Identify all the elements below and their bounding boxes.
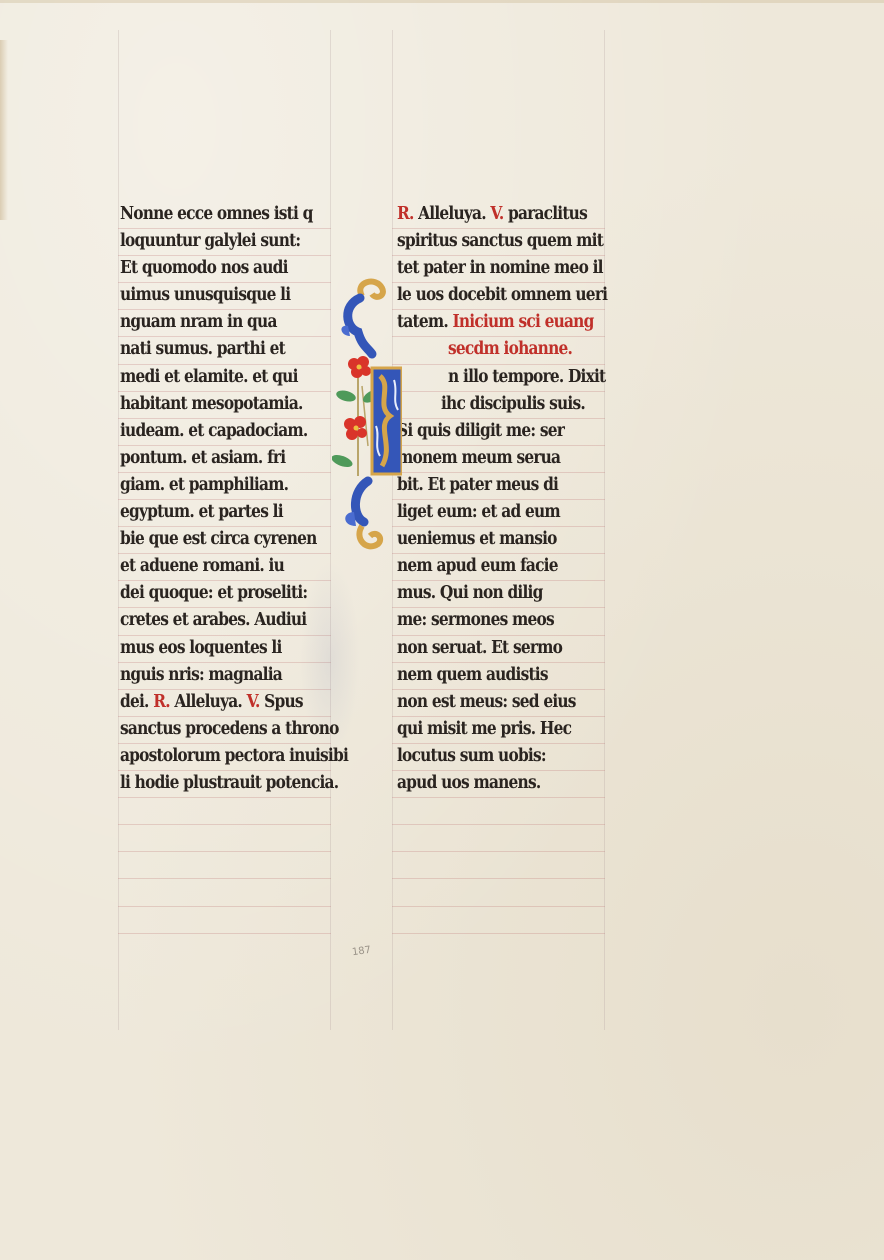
text-segment: bie que est circa cyrenen: [120, 529, 317, 549]
ruling-line-horizontal: [118, 933, 331, 934]
ruling-line-horizontal: [118, 851, 331, 852]
text-line: pontum. et asiam. fri: [120, 445, 309, 472]
text-segment: locutus sum uobis:: [397, 746, 546, 766]
text-line: egyptum. et partes li: [120, 499, 309, 526]
text-line: apostolorum pectora inuisibi: [120, 743, 309, 770]
text-line: cretes et arabes. Audiui: [120, 607, 309, 634]
ruling-line-horizontal: [392, 851, 605, 852]
text-line: nem quem audistis: [397, 662, 591, 689]
text-segment: mus eos loquentes li: [120, 638, 282, 658]
text-column-right: R. Alleluya. V. paraclitusspiritus sanct…: [397, 201, 617, 797]
text-line: tet pater in nomine meo il: [397, 255, 591, 282]
text-line: monem meum serua: [397, 445, 591, 472]
text-segment: liget eum: et ad eum: [397, 502, 560, 522]
text-line: qui misit me pris. Hec: [397, 716, 591, 743]
text-segment: paraclitus: [503, 204, 587, 224]
text-segment: bit. Et pater meus di: [397, 475, 558, 495]
text-segment: apud uos manens.: [397, 773, 540, 793]
text-segment: Alleluya.: [170, 692, 247, 712]
text-line: apud uos manens.: [397, 770, 591, 797]
text-segment: ueniemus et mansio: [397, 529, 557, 549]
rubric-text: R.: [397, 204, 414, 224]
text-line: R. Alleluya. V. paraclitus: [397, 201, 591, 228]
folio-number: 187: [351, 945, 371, 959]
text-segment: li hodie plustrauit potencia.: [120, 773, 338, 793]
text-segment: tet pater in nomine meo il: [397, 258, 603, 278]
rubric-text: R.: [153, 692, 170, 712]
text-segment: egyptum. et partes li: [120, 502, 283, 522]
text-segment: medi et elamite. et qui: [120, 367, 298, 387]
text-segment: sanctus procedens a throno: [120, 719, 339, 739]
ruling-line-horizontal: [392, 906, 605, 907]
manuscript-page: Nonne ecce omnes isti qloquuntur galylei…: [0, 0, 884, 1260]
text-segment: pontum. et asiam. fri: [120, 448, 285, 468]
text-line: nati sumus. parthi et: [120, 336, 309, 363]
text-segment: et aduene romani. iu: [120, 556, 284, 576]
text-segment: dei.: [120, 692, 153, 712]
text-segment: Et quomodo nos audi: [120, 258, 288, 278]
text-segment: ihc discipulis suis.: [441, 394, 585, 414]
text-line: me: sermones meos: [397, 607, 591, 634]
ruling-line-horizontal: [118, 906, 331, 907]
text-segment: loquuntur galylei sunt:: [120, 231, 300, 251]
ruling-line-horizontal: [392, 824, 605, 825]
text-segment: cretes et arabes. Audiui: [120, 610, 306, 630]
text-segment: mus. Qui non dilig: [397, 583, 543, 603]
text-segment: nguam nram in qua: [120, 312, 277, 332]
text-segment: non est meus: sed eius: [397, 692, 576, 712]
text-line: locutus sum uobis:: [397, 743, 591, 770]
text-line: Nonne ecce omnes isti q: [120, 201, 309, 228]
text-segment: dei quoque: et proseliti:: [120, 583, 307, 603]
text-line: ueniemus et mansio: [397, 526, 591, 553]
text-line: non est meus: sed eius: [397, 689, 591, 716]
text-segment: uimus unusquisque li: [120, 285, 290, 305]
text-segment: iudeam. et capadociam.: [120, 421, 307, 441]
text-segment: Spus: [260, 692, 303, 712]
page-left-stain: [0, 40, 8, 220]
text-line: non seruat. Et sermo: [397, 635, 591, 662]
rubric-text: Inicium sci euang: [452, 312, 593, 332]
text-line: bie que est circa cyrenen: [120, 526, 309, 553]
text-line: ihc discipulis suis.: [397, 391, 591, 418]
text-line: mus eos loquentes li: [120, 635, 309, 662]
ruling-line-vertical: [118, 30, 119, 1030]
text-line: liget eum: et ad eum: [397, 499, 591, 526]
text-line: bit. Et pater meus di: [397, 472, 591, 499]
text-line: n illo tempore. Dixit: [397, 364, 591, 391]
text-line: dei quoque: et proseliti:: [120, 580, 309, 607]
illuminated-initial: [332, 276, 402, 556]
text-segment: spiritus sanctus quem mit: [397, 231, 603, 251]
text-line: sanctus procedens a throno: [120, 716, 309, 743]
text-line: nguis nris: magnalia: [120, 662, 309, 689]
ruling-line-horizontal: [392, 933, 605, 934]
text-line: uimus unusquisque li: [120, 282, 309, 309]
ruling-line-horizontal: [392, 878, 605, 879]
text-segment: n illo tempore. Dixit: [448, 367, 605, 387]
text-segment: nem apud eum facie: [397, 556, 558, 576]
text-segment: apostolorum pectora inuisibi: [120, 746, 348, 766]
text-segment: giam. et pamphiliam.: [120, 475, 288, 495]
text-segment: qui misit me pris. Hec: [397, 719, 571, 739]
text-column-left: Nonne ecce omnes isti qloquuntur galylei…: [120, 201, 335, 797]
text-line: secdm iohanne.: [397, 336, 591, 363]
text-line: mus. Qui non dilig: [397, 580, 591, 607]
ruling-line-horizontal: [118, 797, 331, 798]
text-line: medi et elamite. et qui: [120, 364, 309, 391]
text-line: loquuntur galylei sunt:: [120, 228, 309, 255]
ruling-line-horizontal: [118, 824, 331, 825]
text-line: spiritus sanctus quem mit: [397, 228, 591, 255]
text-segment: le uos docebit omnem ueri: [397, 285, 607, 305]
text-segment: non seruat. Et sermo: [397, 638, 562, 658]
ruling-line-horizontal: [118, 878, 331, 879]
text-line: nguam nram in qua: [120, 309, 309, 336]
text-line: le uos docebit omnem ueri: [397, 282, 591, 309]
rubric-text: V.: [247, 692, 260, 712]
text-line: iudeam. et capadociam.: [120, 418, 309, 445]
initial-i-flowers-icon: [332, 276, 402, 556]
text-line: habitant mesopotamia.: [120, 391, 309, 418]
rubric-text: secdm iohanne.: [448, 339, 572, 359]
text-line: et aduene romani. iu: [120, 553, 309, 580]
text-segment: Si quis diligit me: ser: [397, 421, 564, 441]
text-segment: nem quem audistis: [397, 665, 548, 685]
text-line: dei. R. Alleluya. V. Spus: [120, 689, 309, 716]
text-segment: Nonne ecce omnes isti q: [120, 204, 313, 224]
text-segment: nguis nris: magnalia: [120, 665, 282, 685]
text-segment: Alleluya.: [414, 204, 491, 224]
text-line: li hodie plustrauit potencia.: [120, 770, 309, 797]
text-line: giam. et pamphiliam.: [120, 472, 309, 499]
text-line: nem apud eum facie: [397, 553, 591, 580]
text-segment: tatem.: [397, 312, 452, 332]
rubric-text: V.: [490, 204, 503, 224]
text-line: Et quomodo nos audi: [120, 255, 309, 282]
text-segment: monem meum serua: [397, 448, 560, 468]
ruling-line-horizontal: [392, 797, 605, 798]
text-line: tatem. Inicium sci euang: [397, 309, 591, 336]
text-segment: me: sermones meos: [397, 610, 554, 630]
text-line: Si quis diligit me: ser: [397, 418, 591, 445]
page-top-edge: [0, 0, 884, 3]
text-segment: habitant mesopotamia.: [120, 394, 303, 414]
text-segment: nati sumus. parthi et: [120, 339, 285, 359]
